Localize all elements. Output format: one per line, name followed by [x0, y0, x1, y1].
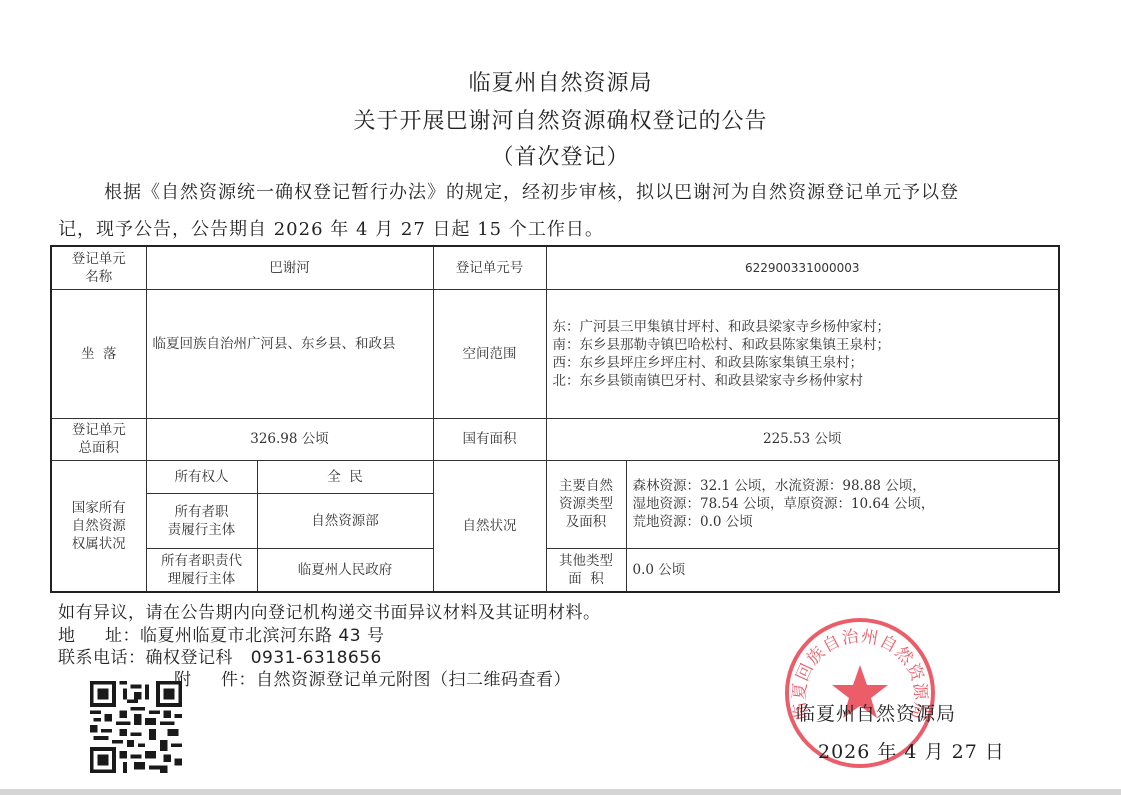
registration-table: 登记单元 名称 巴谢河 登记单元号 622900331000003 坐 落 临夏…: [50, 245, 1060, 593]
spatial-range-label: 空间范围: [433, 289, 546, 418]
signature-org: 临夏州自然资源局: [796, 699, 956, 726]
unit-name-value: 巴谢河: [146, 246, 433, 289]
location-label: 坐 落: [51, 289, 146, 418]
state-area-label: 国有面积: [433, 418, 546, 460]
document-title-org: 临夏州自然资源局: [0, 66, 1121, 97]
agent-label: 所有者职责代 理履行主体: [146, 548, 257, 592]
attachment-line: 附 件：自然资源登记单元附图（扫二维码查看）: [174, 665, 571, 690]
attachment-value: 自然资源登记单元附图（扫二维码查看）: [256, 670, 571, 690]
location-value: 临夏回族自治州广河县、东乡县、和政县: [146, 289, 433, 418]
unit-no-label: 登记单元号: [433, 246, 546, 289]
page-bottom-edge: [0, 789, 1121, 795]
objection-notice: 如有异议，请在公告期内向登记机构递交书面异议材料及其证明材料。: [58, 598, 601, 623]
duty-value: 自然资源部: [257, 493, 433, 548]
total-area-label: 登记单元 总面积: [51, 418, 146, 460]
intro-line-1: 根据《自然资源统一确权登记暂行办法》的规定，经初步审核，拟以巴谢河为自然资源登记…: [104, 178, 959, 204]
attachment-label: 附 件：: [174, 670, 256, 690]
main-types-label: 主要自然 资源类型 及面积: [546, 460, 626, 548]
qr-code[interactable]: [90, 681, 182, 773]
intro-line-2: 记，现予公告，公告期自 2026 年 4 月 27 日起 15 个工作日。: [58, 215, 604, 241]
spatial-range-value: 东：广河县三甲集镇甘坪村、和政县梁家寺乡杨仲家村； 南：东乡县那勒寺镇巴哈松村、…: [546, 289, 1059, 418]
natural-status-label: 自然状况: [433, 460, 546, 592]
owner-value: 全 民: [257, 460, 433, 493]
other-area-label: 其他类型 面 积: [546, 548, 626, 592]
phone-label: 联系电话：: [58, 648, 146, 668]
document-title: 关于开展巴谢河自然资源确权登记的公告: [0, 104, 1121, 135]
duty-label: 所有者职 责履行主体: [146, 493, 257, 548]
signature-date: 2026 年 4 月 27 日: [818, 737, 1005, 764]
total-area-value: 326.98 公顷: [146, 418, 433, 460]
main-types-value: 森林资源：32.1 公顷，水流资源：98.88 公顷， 湿地资源：78.54 公…: [626, 460, 1059, 548]
ownership-label: 国家所有 自然资源 权属状况: [51, 460, 146, 592]
other-area-value: 0.0 公顷: [626, 548, 1059, 592]
document-subtitle: （首次登记）: [0, 140, 1121, 171]
unit-no-value: 622900331000003: [546, 246, 1059, 289]
owner-label: 所有权人: [146, 460, 257, 493]
state-area-value: 225.53 公顷: [546, 418, 1059, 460]
unit-name-label: 登记单元 名称: [51, 246, 146, 289]
agent-value: 临夏州人民政府: [257, 548, 433, 592]
